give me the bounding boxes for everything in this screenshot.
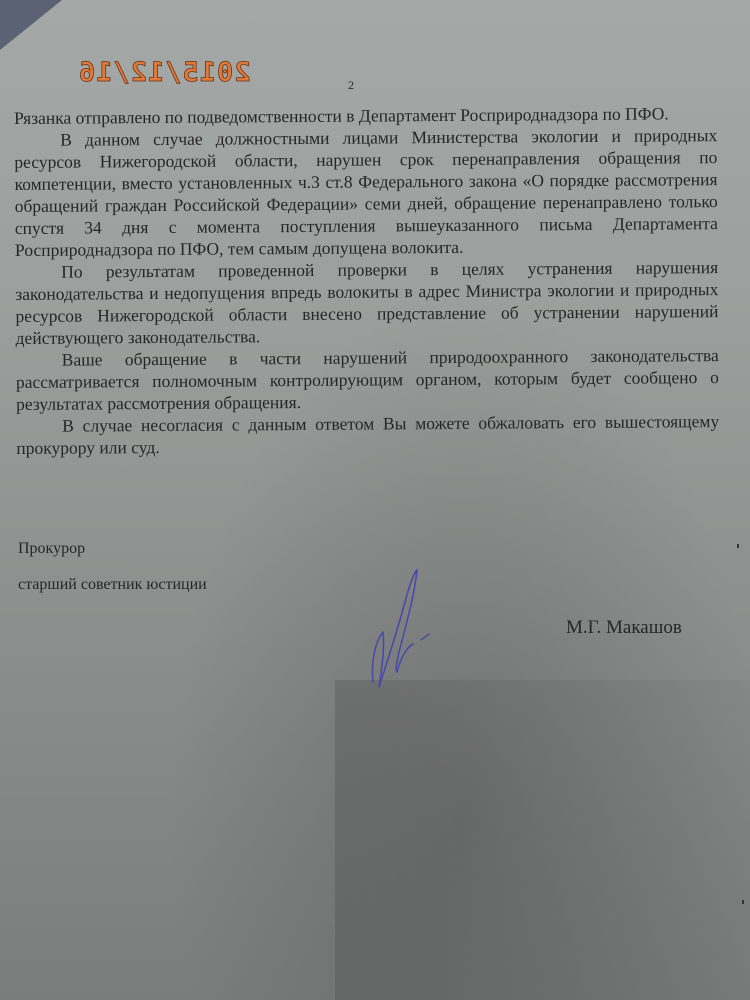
signatory-title: Прокурор bbox=[18, 540, 85, 558]
signatory-rank: старший советник юстиции bbox=[18, 576, 207, 594]
paragraph-environmental-review: Ваше обращение в части нарушений природо… bbox=[16, 344, 719, 415]
paragraph-appeal-notice: В случае несогласия с данным ответом Вы … bbox=[16, 410, 719, 459]
handwritten-signature-icon bbox=[353, 562, 453, 692]
paragraph-violation: В данном случае должностными лицами Мини… bbox=[14, 124, 718, 261]
signatory-name: М.Г. Макашов bbox=[566, 617, 682, 639]
paragraph-inspection-results: По результатам проведенной проверки в це… bbox=[15, 256, 719, 349]
page-number: 2 bbox=[348, 78, 354, 93]
letter-body: Рязанка отправлено по подведомственности… bbox=[14, 102, 719, 459]
signature-block: Прокурор старший советник юстиции М.Г. М… bbox=[18, 540, 718, 680]
paper-speck bbox=[742, 900, 744, 904]
paper-shadow bbox=[335, 680, 750, 1000]
paper-speck bbox=[737, 544, 739, 548]
corner-fold-background bbox=[0, 0, 62, 50]
camera-date-stamp: 2015/12/16 bbox=[78, 57, 251, 88]
